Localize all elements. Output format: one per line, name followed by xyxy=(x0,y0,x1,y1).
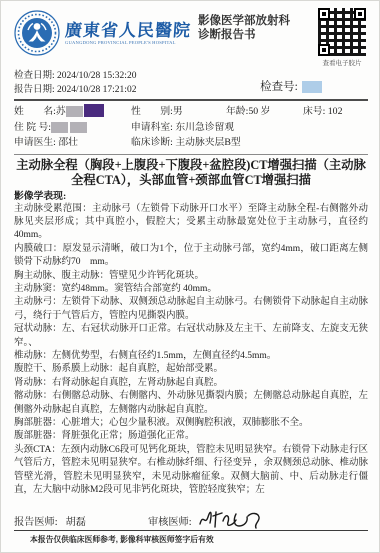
admission-cell: 住 院 号: xyxy=(14,120,131,136)
patient-info: 姓 名:苏 性 别:男 年龄:50 岁 床号: 102 住 院 号: 申请科室:… xyxy=(14,104,368,151)
finding-paragraph: 头颈CTA：左颈内动脉C6段可见钙化斑块，管腔未见明显狭窄。右锁骨下动脉走行区气… xyxy=(14,444,368,498)
age-value: 50 岁 xyxy=(248,106,270,117)
finding-paragraph: 冠状动脉：左、右冠状动脉开口正常。右冠状动脉及左主干、左前降支、左旋支无狭窄。、 xyxy=(14,323,368,350)
age-label: 年龄: xyxy=(226,106,248,117)
disclaimer-text: 本报告仅供临床医师参考, 影像科审核医师签字后有效 xyxy=(14,534,368,545)
bed-label: 床号: xyxy=(303,106,325,117)
findings-body: 主动脉受累范围：主动脉弓（左锁骨下动脉开口水平）至降主动脉全程-右侧髂外动脉见夹… xyxy=(14,203,368,498)
bed-value: 102 xyxy=(328,106,343,117)
finding-paragraph: 腹腔干、肠系膜上动脉：起自真腔，起始部受累。 xyxy=(14,363,368,376)
name-cell: 姓 名:苏 xyxy=(14,104,131,120)
name-value: 苏 xyxy=(56,106,66,117)
request-doctor-label: 申请医生: xyxy=(14,137,56,148)
dept-line1: 影像医学部放射科 xyxy=(198,14,290,28)
finding-paragraph: 髂动脉：右侧髂总动脉、右侧髂内、外动脉见撕裂内膜；左侧髂总动脉起自真腔，左侧髂外… xyxy=(14,390,368,417)
patient-row-3: 申请医生: 邵壮 临床诊断: 主动脉夹层B型 xyxy=(14,135,368,151)
sex-label: 性 别: xyxy=(131,106,173,117)
clinical-diagnosis-cell: 临床诊断: 主动脉夹层B型 xyxy=(131,135,241,151)
findings-heading: 影像学表现: xyxy=(14,190,368,203)
finding-paragraph: 主动脉受累范围：主动脉弓（左锁骨下动脉开口水平）至降主动脉全程-右侧髂外动脉见夹… xyxy=(14,203,368,243)
admission-label: 住 院 号: xyxy=(14,122,51,133)
efilm-qr-block: 查看电子胶片 xyxy=(316,6,368,67)
divider xyxy=(14,530,368,531)
reviewer-signature xyxy=(196,509,262,531)
finding-paragraph: 主动脉窦：宽约48mm。窦管结合部宽约 40mm。 xyxy=(14,283,368,296)
age-cell: 年龄:50 岁 xyxy=(226,104,303,120)
report-type-title: 影像医学部放射科 诊断报告书 xyxy=(198,14,290,42)
report-date-value: 2024/10/28 17:21:02 xyxy=(57,85,136,95)
exam-date-value: 2024/10/28 15:32:20 xyxy=(57,71,136,81)
exam-no-redaction xyxy=(302,81,322,93)
reviewer-label: 审核医师: xyxy=(148,513,192,528)
qr-code-icon xyxy=(318,8,366,56)
sex-value: 男 xyxy=(173,106,183,117)
request-doctor-cell: 申请医生: 邵壮 xyxy=(14,135,131,151)
name-redaction xyxy=(84,104,104,117)
hospital-name: 廣東省人民醫院 xyxy=(64,21,191,40)
finding-paragraph: 腹部脏器：肾脏强化正常；肠道强化正常。 xyxy=(14,430,368,443)
hospital-logo: 廣東省人民醫院 GUANGDONG PROVINCIAL PEOPLE'S HO… xyxy=(14,10,191,56)
request-dept-label: 申请科室: xyxy=(131,122,173,133)
qr-finder-icon xyxy=(318,44,330,56)
exam-date-label: 检查日期: xyxy=(14,71,55,81)
admission-redaction xyxy=(51,122,68,133)
finding-paragraph: 椎动脉：左侧优势型，右侧直径约1.5mm，左侧直径约4.5mm。 xyxy=(14,350,368,363)
name-label: 姓 名: xyxy=(14,106,56,117)
radiology-report-page: 廣東省人民醫院 GUANGDONG PROVINCIAL PEOPLE'S HO… xyxy=(0,0,380,553)
report-header: 廣東省人民醫院 GUANGDONG PROVINCIAL PEOPLE'S HO… xyxy=(14,6,368,67)
hospital-name-block: 廣東省人民醫院 GUANGDONG PROVINCIAL PEOPLE'S HO… xyxy=(65,21,191,45)
reporter-name: 胡磊 xyxy=(66,513,86,528)
request-doctor-value: 邵壮 xyxy=(58,137,78,148)
meta-section: 检查日期: 2024/10/28 15:32:20 报告日期: 2024/10/… xyxy=(14,69,368,97)
meta-dates: 检查日期: 2024/10/28 15:32:20 报告日期: 2024/10/… xyxy=(14,69,214,97)
patient-row-1: 姓 名:苏 性 别:男 年龄:50 岁 床号: 102 xyxy=(14,104,368,120)
qr-finder-icon xyxy=(318,8,330,20)
divider xyxy=(14,99,368,101)
name-redaction xyxy=(66,106,83,117)
reporter-label: 报告医师: xyxy=(14,513,58,528)
exam-no-row: 检查号: xyxy=(214,69,368,97)
doctors-row: 报告医师: 胡磊 审核医师: xyxy=(14,506,368,528)
report-date-row: 报告日期: 2024/10/28 17:21:02 xyxy=(14,83,214,97)
admission-redaction xyxy=(70,122,87,133)
finding-paragraph: 胸部脏器：心脏增大；心包少量积液。双侧胸腔积液，双肺膨胀不全。 xyxy=(14,417,368,430)
exam-no-label: 检查号: xyxy=(260,80,298,94)
report-footer: 报告医师: 胡磊 审核医师: 本报告仅供临床医师参考, 影像科审核医师签字后有效 xyxy=(14,506,368,545)
finding-paragraph: 肾动脉：右肾动脉起自真腔，左肾动脉起自真腔。 xyxy=(14,377,368,390)
finding-paragraph: 主动脉弓：左锁骨下动脉、双侧颈总动脉起自主动脉弓。右侧锁骨下动脉起自主动脉弓，绕… xyxy=(14,296,368,323)
hospital-emblem-icon xyxy=(14,10,60,56)
report-date-label: 报告日期: xyxy=(14,85,55,95)
clinical-diagnosis-label: 临床诊断: xyxy=(131,137,173,148)
hospital-name-en: GUANGDONG PROVINCIAL PEOPLE'S HOSPITAL xyxy=(65,40,191,45)
finding-paragraph: 内膜破口：原发显示清晰，破口为1个，位于主动脉弓部，宽约4mm，破口距离左侧锁骨… xyxy=(14,243,368,270)
qr-finder-icon xyxy=(354,8,366,20)
bed-cell: 床号: 102 xyxy=(303,104,342,120)
request-dept-value: 东川急诊留观 xyxy=(175,122,234,133)
sex-cell: 性 别:男 xyxy=(131,104,226,120)
exam-date-row: 检查日期: 2024/10/28 15:32:20 xyxy=(14,69,214,83)
divider xyxy=(14,154,368,155)
finding-paragraph: 胸主动脉、腹主动脉：管壁见少许钙化斑块。 xyxy=(14,270,368,283)
patient-row-2: 住 院 号: 申请科室: 东川急诊留观 xyxy=(14,120,368,136)
request-dept-cell: 申请科室: 东川急诊留观 xyxy=(131,120,234,136)
exam-title: 主动脉全程（胸段+上腹段+下腹段+盆腔段)CT增强扫描（主动脉全程CTA），头部… xyxy=(14,158,368,188)
qr-caption: 查看电子胶片 xyxy=(316,58,368,67)
clinical-diagnosis-value: 主动脉夹层B型 xyxy=(175,137,240,148)
dept-line2: 诊断报告书 xyxy=(198,28,290,42)
